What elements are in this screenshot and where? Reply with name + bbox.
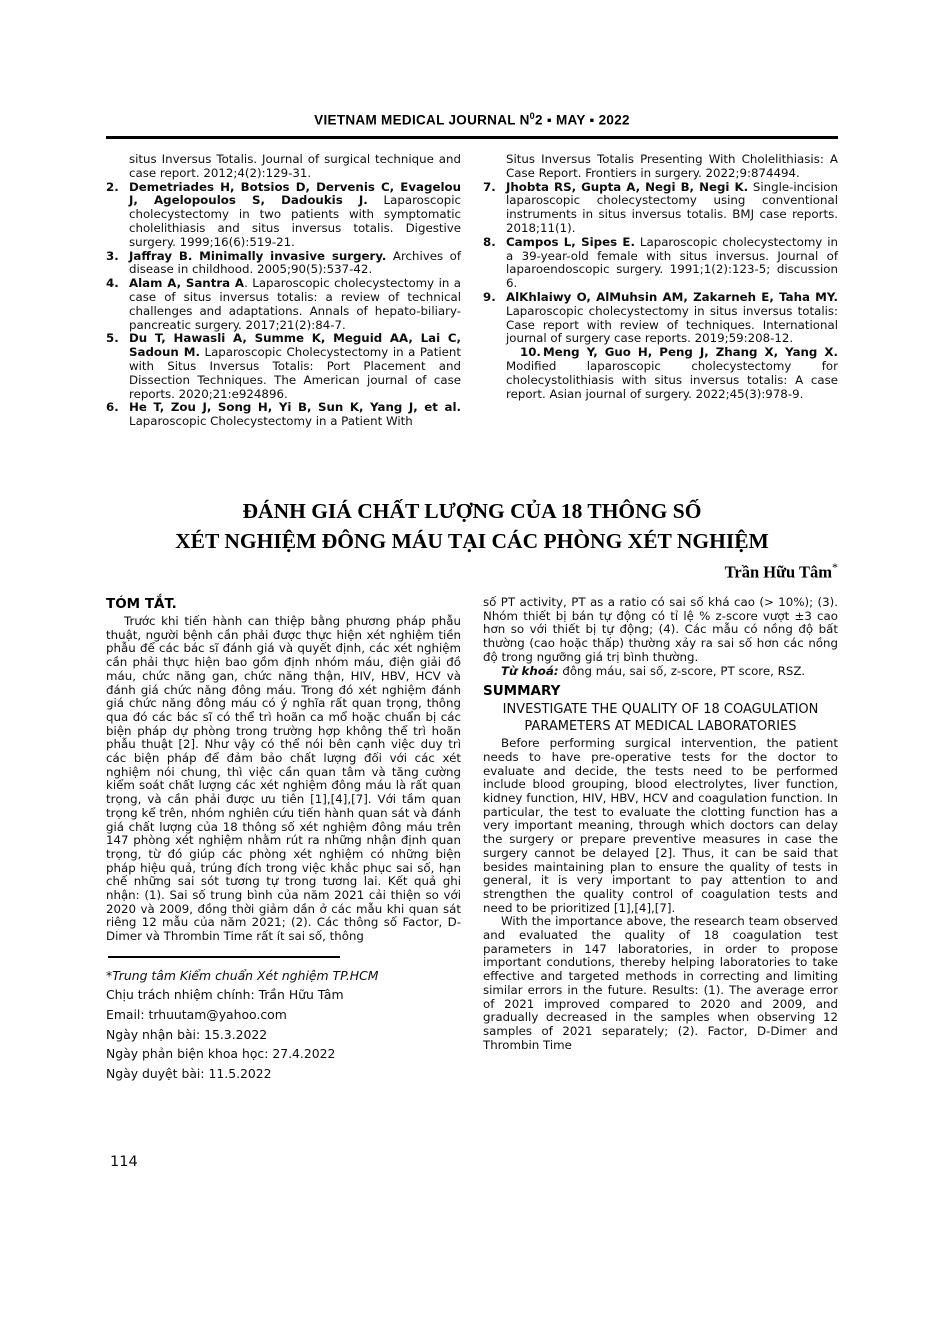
abstract-heading: TÓM TẮT.: [106, 596, 461, 613]
keywords-text: đông máu, sai số, z-score, PT score, RSZ…: [559, 664, 806, 678]
article-title: ĐÁNH GIÁ CHẤT LƯỢNG CỦA 18 THÔNG SỐ XÉT …: [106, 496, 838, 556]
reference-item-2: 2.Demetriades H, Botsios D, Dervenis C, …: [106, 181, 461, 250]
reference-item-6-cont: Situs Inversus Totalis Presenting With C…: [483, 153, 838, 181]
body-right-column: số PT activity, PT as a ratio có sai số …: [483, 596, 838, 1083]
reference-item-1-cont: situs Inversus Totalis. Journal of surgi…: [106, 153, 461, 181]
summary-paragraph-1: Before performing surgical intervention,…: [483, 737, 838, 915]
journal-issue-date: 2 ▪ MAY ▪ 2022: [535, 113, 630, 128]
keywords-line: Từ khoá: đông máu, sai số, z-score, PT s…: [483, 665, 838, 679]
footnote-accepted-date: Ngày duyệt bài: 11.5.2022: [106, 1064, 461, 1084]
reference-item-9: 9.AlKhlaiwy O, AlMuhsin AM, Zakarneh E, …: [483, 291, 838, 346]
summary-heading: SUMMARY: [483, 683, 838, 700]
references-section: situs Inversus Totalis. Journal of surgi…: [106, 153, 838, 429]
reference-item-6: 6.He T, Zou J, Song H, Yi B, Sun K, Yang…: [106, 401, 461, 429]
body-left-column: TÓM TẮT. Trước khi tiến hành can thiệp b…: [106, 596, 461, 1083]
article-title-line2: XÉT NGHIỆM ĐÔNG MÁU TẠI CÁC PHÒNG XÉT NG…: [106, 526, 838, 556]
reference-item-8: 8.Campos L, Sipes E. Laparoscopic cholec…: [483, 236, 838, 291]
references-left-column: situs Inversus Totalis. Journal of surgi…: [106, 153, 461, 429]
author-affiliation-mark: *: [832, 560, 838, 574]
reference-item-10: 10.Meng Y, Guo H, Peng J, Zhang X, Yang …: [483, 346, 838, 401]
journal-name: VIETNAM MEDICAL JOURNAL N: [314, 113, 530, 128]
reference-item-3: 3.Jaffray B. Minimally invasive surgery.…: [106, 250, 461, 278]
author-name: Trần Hữu Tâm: [725, 563, 832, 582]
keywords-label: Từ khoá:: [501, 664, 559, 678]
summary-subheading: INVESTIGATE THE QUALITY OF 18 COAGULATIO…: [483, 702, 838, 735]
article-body: TÓM TẮT. Trước khi tiến hành can thiệp b…: [106, 596, 838, 1083]
journal-running-head: VIETNAM MEDICAL JOURNAL N02 ▪ MAY ▪ 2022: [106, 111, 838, 128]
abstract-paragraph: Trước khi tiến hành can thiệp bằng phươn…: [106, 615, 461, 944]
reference-item-5: 5.Du T, Hawasli A, Summe K, Meguid AA, L…: [106, 332, 461, 401]
reference-item-7: 7.Jhobta RS, Gupta A, Negi B, Negi K. Si…: [483, 181, 838, 236]
footnote-affiliation: *Trung tâm Kiểm chuẩn Xét nghiệm TP.HCM: [106, 966, 461, 986]
article-author: Trần Hữu Tâm*: [106, 560, 838, 583]
reference-item-4: 4.Alam A, Santra A. Laparoscopic cholecy…: [106, 277, 461, 332]
footnote-review-date: Ngày phản biện khoa học: 27.4.2022: [106, 1044, 461, 1064]
footnote-received-date: Ngày nhận bài: 15.3.2022: [106, 1025, 461, 1045]
footnote-separator: [108, 956, 340, 958]
summary-paragraph-2: With the importance above, the research …: [483, 915, 838, 1052]
header-rule: [106, 136, 838, 139]
footnote-responsible: Chịu trách nhiệm chính: Trần Hữu Tâm: [106, 985, 461, 1005]
summary-section: SUMMARY INVESTIGATE THE QUALITY OF 18 CO…: [483, 683, 838, 1052]
footnote-email: Email: trhuutam@yahoo.com: [106, 1005, 461, 1025]
page-number: 114: [110, 1154, 138, 1170]
references-right-column: Situs Inversus Totalis Presenting With C…: [483, 153, 838, 429]
footnote-block: *Trung tâm Kiểm chuẩn Xét nghiệm TP.HCM …: [106, 956, 461, 1084]
abstract-continuation: số PT activity, PT as a ratio có sai số …: [483, 596, 838, 665]
journal-page: VIETNAM MEDICAL JOURNAL N02 ▪ MAY ▪ 2022…: [0, 0, 942, 1333]
article-title-line1: ĐÁNH GIÁ CHẤT LƯỢNG CỦA 18 THÔNG SỐ: [106, 496, 838, 526]
